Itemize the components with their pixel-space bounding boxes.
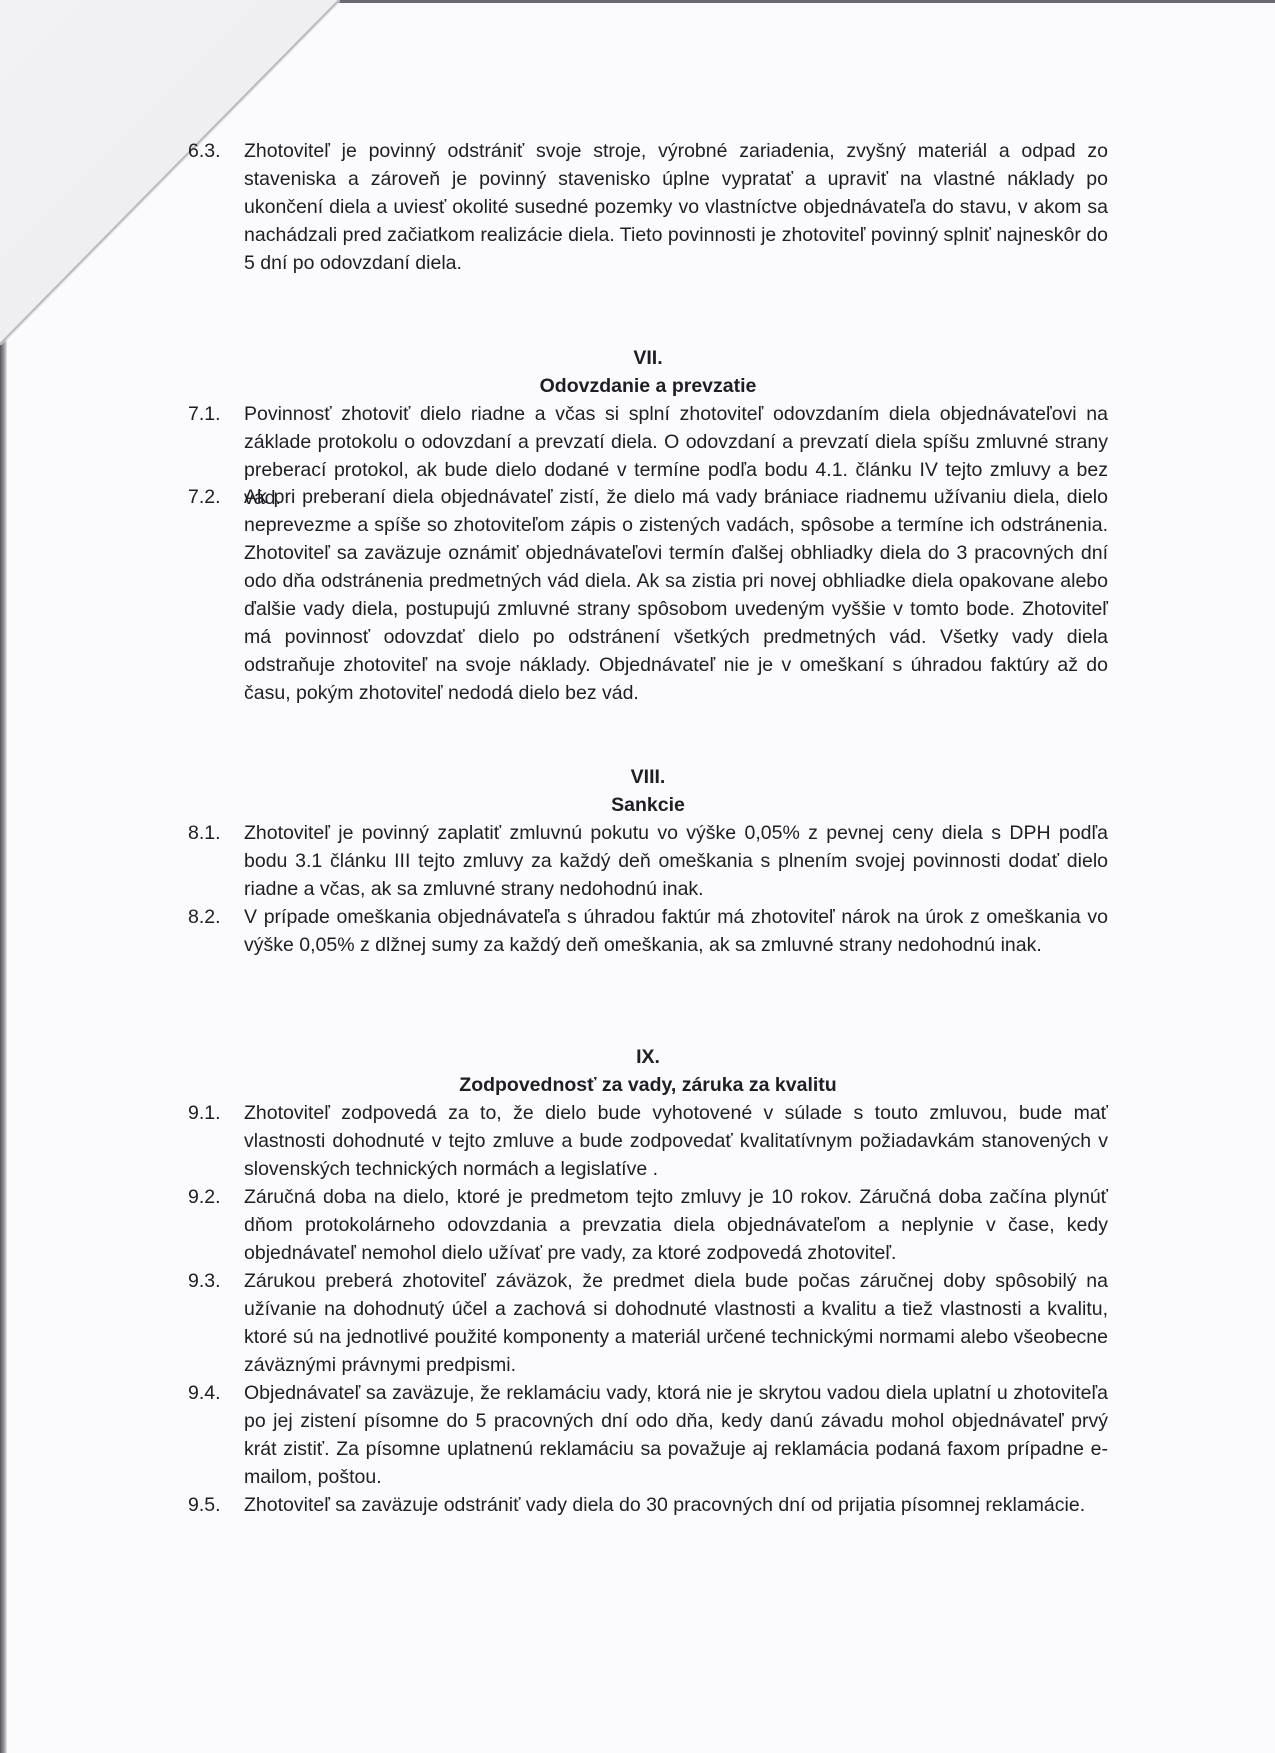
article-number-ix: IX. <box>188 1043 1108 1071</box>
clause-9-2: 9.2. Záručná doba na dielo, ktoré je pre… <box>188 1183 1108 1267</box>
clause-number: 8.1. <box>188 819 244 847</box>
clause-number: 6.3. <box>188 137 244 165</box>
clause-text: V prípade omeškania objednávateľa s úhra… <box>244 903 1108 959</box>
clause-number: 9.4. <box>188 1379 244 1407</box>
clause-text: Záručná doba na dielo, ktoré je predmeto… <box>244 1183 1108 1267</box>
article-number-viii: VIII. <box>188 763 1108 791</box>
clause-text: Ak pri preberaní diela objednávateľ zist… <box>244 483 1108 707</box>
article-title-vii: Odovzdanie a prevzatie <box>188 372 1108 400</box>
clause-text: Objednávateľ sa zaväzuje, že reklamáciu … <box>244 1379 1108 1491</box>
article-number-vii: VII. <box>188 344 1108 372</box>
clause-text: Zhotoviteľ zodpovedá za to, že dielo bud… <box>244 1099 1108 1183</box>
clause-number: 9.5. <box>188 1491 244 1519</box>
clause-9-4: 9.4. Objednávateľ sa zaväzuje, že reklam… <box>188 1379 1108 1491</box>
clause-9-3: 9.3. Zárukou preberá zhotoviteľ záväzok,… <box>188 1267 1108 1379</box>
clause-number: 9.1. <box>188 1099 244 1127</box>
clause-text: Zhotoviteľ je povinný odstrániť svoje st… <box>244 137 1108 277</box>
clause-number: 9.2. <box>188 1183 244 1211</box>
clause-text: Zhotoviteľ je povinný zaplatiť zmluvnú p… <box>244 819 1108 903</box>
article-title-ix: Zodpovednosť za vady, záruka za kvalitu <box>188 1071 1108 1099</box>
article-title-viii: Sankcie <box>188 791 1108 819</box>
clause-number: 8.2. <box>188 903 244 931</box>
clause-8-2: 8.2. V prípade omeškania objednávateľa s… <box>188 903 1108 959</box>
clause-text: Zárukou preberá zhotoviteľ záväzok, že p… <box>244 1267 1108 1379</box>
clause-text: Zhotoviteľ sa zaväzuje odstrániť vady di… <box>244 1491 1108 1519</box>
clause-9-1: 9.1. Zhotoviteľ zodpovedá za to, že diel… <box>188 1099 1108 1183</box>
scan-top-edge <box>330 0 1275 3</box>
clause-8-1: 8.1. Zhotoviteľ je povinný zaplatiť zmlu… <box>188 819 1108 903</box>
clause-9-5: 9.5. Zhotoviteľ sa zaväzuje odstrániť va… <box>188 1491 1108 1519</box>
clause-6-3: 6.3. Zhotoviteľ je povinný odstrániť svo… <box>188 137 1108 277</box>
clause-number: 7.1. <box>188 400 244 428</box>
clause-number: 9.3. <box>188 1267 244 1295</box>
clause-7-2: 7.2. Ak pri preberaní diela objednávateľ… <box>188 483 1108 707</box>
clause-number: 7.2. <box>188 483 244 511</box>
